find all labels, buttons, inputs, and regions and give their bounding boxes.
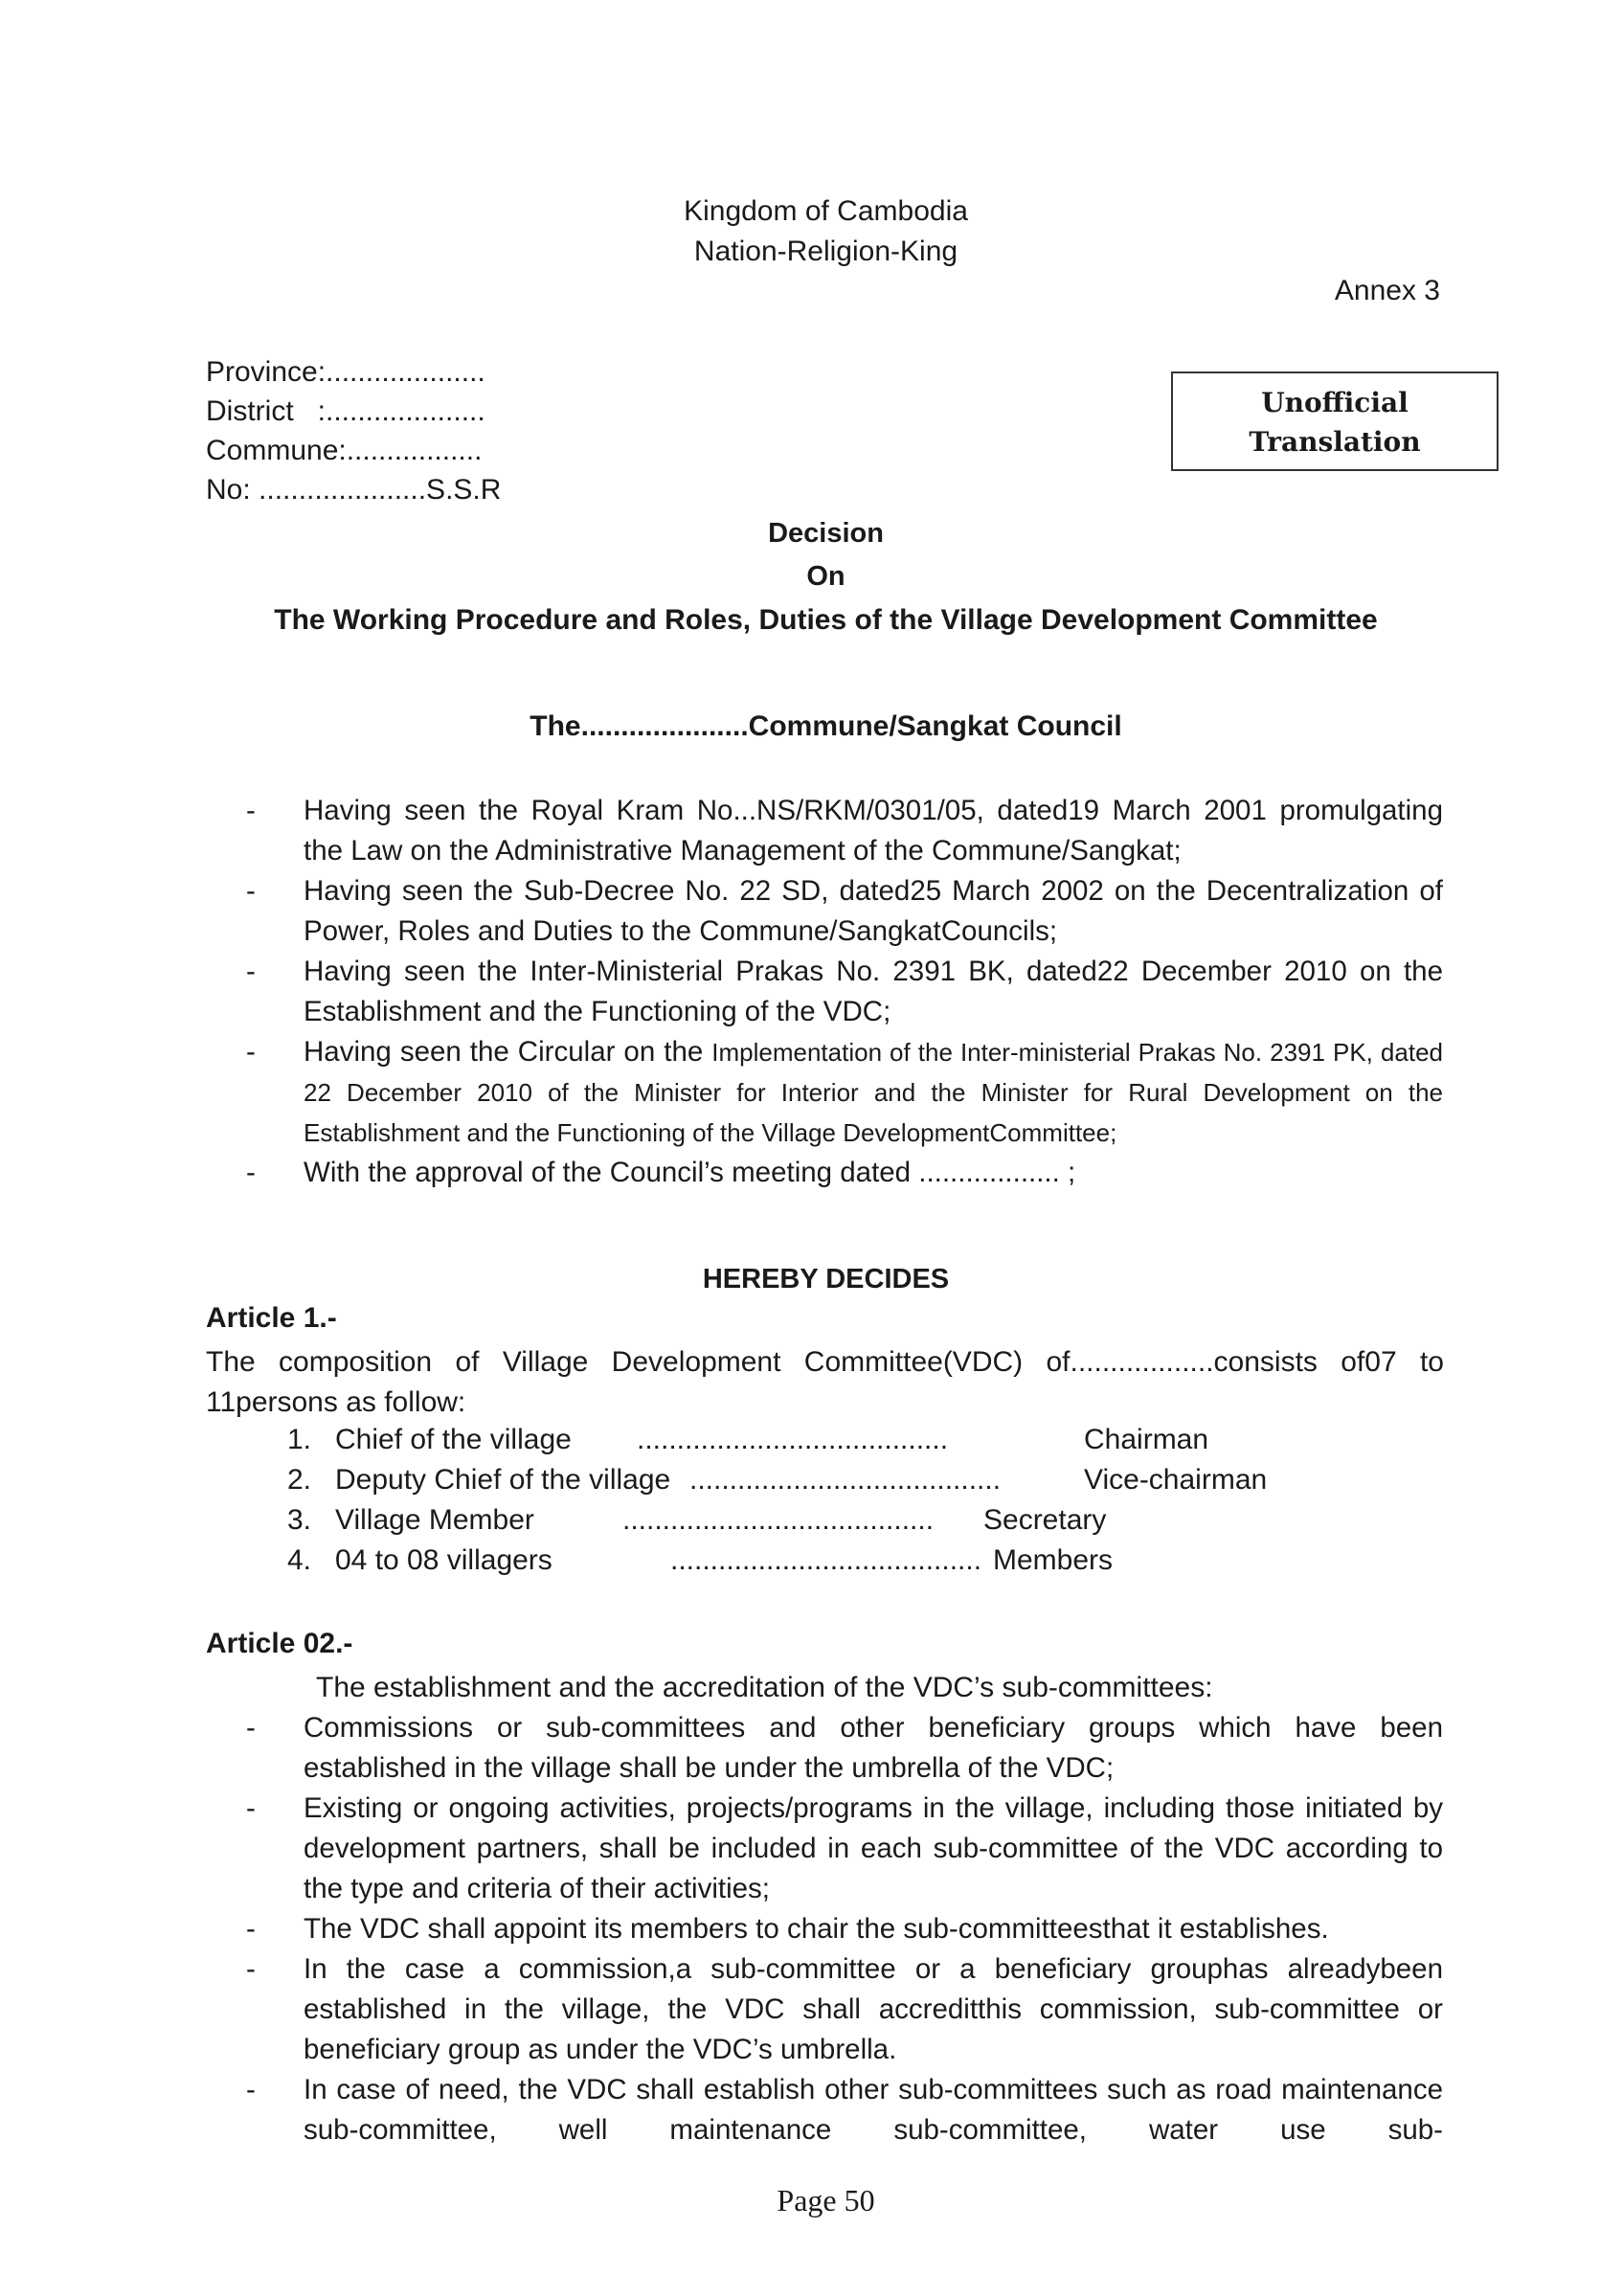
bullet-dash: - [246,1708,304,1789]
district-field: District :.................... [206,392,501,431]
article-2-intro: The establishment and the accreditation … [316,1668,1213,1708]
letterhead: Kingdom of Cambodia Nation-Religion-King [0,191,1623,272]
article-2-title: Article 02.- [206,1628,352,1660]
annex-label: Annex 3 [1335,271,1440,311]
province-field: Province:.................... [206,352,501,392]
member-role: Chairman [1084,1420,1208,1460]
leader-dots: ....................................... [670,1541,981,1581]
article-2-item: - In the case a commission,a sub-committ… [246,1949,1443,2070]
hereby-decides-heading: HEREBY DECIDES [0,1264,1623,1295]
preamble-item: - Having seen the Royal Kram No...NS/RKM… [246,791,1443,871]
preamble-list: - Having seen the Royal Kram No...NS/RKM… [246,791,1443,1193]
bullet-dash: - [246,791,304,871]
article-2-item: - Existing or ongoing activities, projec… [246,1789,1443,1909]
article-1-title: Article 1.- [206,1302,337,1335]
stamp-line-1: Unofficial [1173,383,1497,422]
leader-dots: ....................................... [622,1500,934,1541]
article-2-item: - The VDC shall appoint its members to c… [246,1909,1443,1949]
member-role: Vice-chairman [1084,1460,1267,1500]
article-1-body: The composition of Village Development C… [206,1342,1444,1423]
council-heading: The.....................Commune/Sangkat … [0,710,1623,743]
document-title: Decision On The Working Procedure and Ro… [0,512,1623,642]
stamp-line-2: Translation [1173,422,1497,461]
title-decision: Decision [0,512,1623,555]
title-on: On [0,555,1623,598]
member-role: Members [993,1541,1113,1581]
document-page: Kingdom of Cambodia Nation-Religion-King… [0,0,1623,2296]
preamble-item: - Having seen the Sub-Decree No. 22 SD, … [246,871,1443,952]
leader-dots: ....................................... [689,1460,1001,1500]
bullet-dash: - [246,1949,304,2070]
bullet-dash: - [246,1032,304,1153]
bullet-dash: - [246,1909,304,1949]
page-number: Page 50 [0,2183,1623,2218]
number-field: No: .....................S.S.R [206,470,501,509]
preamble-item: - With the approval of the Council’s mee… [246,1153,1443,1193]
unofficial-translation-stamp: Unofficial Translation [1171,371,1499,471]
bullet-dash: - [246,1153,304,1193]
preamble-item: - Having seen the Inter-Ministerial Prak… [246,952,1443,1032]
bullet-dash: - [246,952,304,1032]
leader-dots: ....................................... [637,1420,948,1460]
member-role: Secretary [983,1500,1106,1541]
article-2-item: - Commissions or sub-committees and othe… [246,1708,1443,1789]
national-motto: Nation-Religion-King [0,232,1623,272]
bullet-dash: - [246,871,304,952]
address-block: Province:.................... District :… [206,352,501,509]
bullet-dash: - [246,2070,304,2150]
bullet-dash: - [246,1789,304,1909]
commune-field: Commune:................. [206,431,501,470]
title-subject: The Working Procedure and Roles, Duties … [0,598,1623,642]
preamble-item: - Having seen the Circular on the Implem… [246,1032,1443,1153]
article-2-list: - Commissions or sub-committees and othe… [246,1708,1443,2150]
article-2-item: - In case of need, the VDC shall establi… [246,2070,1443,2150]
kingdom-name: Kingdom of Cambodia [0,191,1623,232]
